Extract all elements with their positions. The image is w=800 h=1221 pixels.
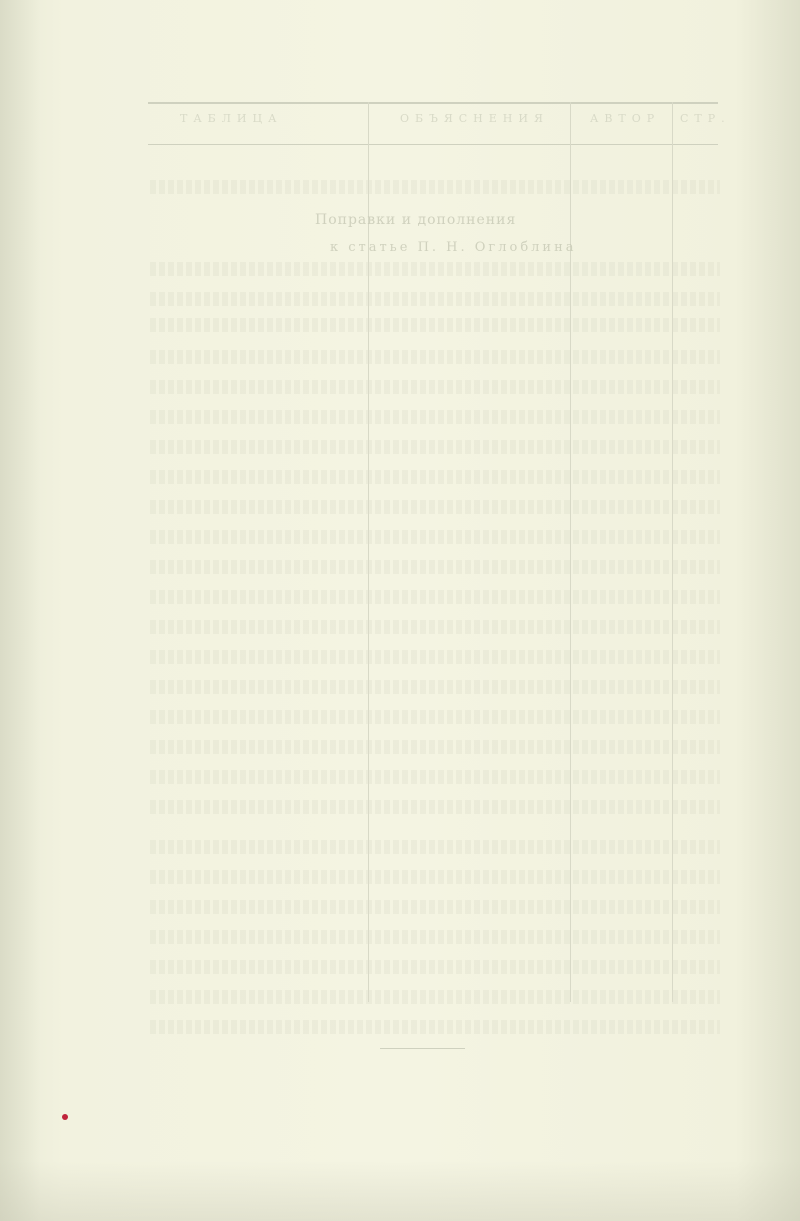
top-rule: [148, 102, 718, 104]
bleed-subheading: к статье П. Н. Оглоблина: [330, 240, 577, 255]
page-bottom-shadow: [0, 1161, 800, 1221]
bleed-line: [150, 318, 720, 332]
column-divider: [570, 102, 571, 1002]
bleed-line: [150, 1020, 720, 1034]
bleed-line: [150, 710, 720, 724]
bleed-header-col-3: АВТОР: [590, 112, 660, 125]
column-divider: [672, 102, 673, 1002]
bleed-header-col-1: ТАБЛИЦА: [180, 112, 282, 125]
bleed-line: [150, 620, 720, 634]
bleed-line: [150, 410, 720, 424]
bleed-line: [150, 800, 720, 814]
column-divider: [368, 102, 369, 1002]
bleed-line: [150, 870, 720, 884]
bleed-heading: Поправки и дополнения: [315, 212, 516, 228]
bleed-line: [150, 900, 720, 914]
bleed-line: [150, 530, 720, 544]
bleed-line: [150, 590, 720, 604]
bleed-line: [150, 292, 720, 306]
bleed-line: [150, 380, 720, 394]
bleed-line: [150, 262, 720, 276]
bleed-header-col-2: ОБЪЯСНЕНИЯ: [400, 112, 549, 125]
bleed-line: [150, 180, 720, 194]
bleed-line: [150, 470, 720, 484]
bleed-line: [150, 990, 720, 1004]
bleed-line: [150, 770, 720, 784]
bleed-line: [150, 840, 720, 854]
bleed-line: [150, 560, 720, 574]
bleed-line: [150, 500, 720, 514]
bleed-header-col-4: СТР.: [680, 112, 731, 125]
scanned-page: ТАБЛИЦА ОБЪЯСНЕНИЯ АВТОР СТР. Поправки и…: [0, 0, 800, 1221]
bleed-line: [150, 440, 720, 454]
bleed-line: [150, 350, 720, 364]
bleed-line: [150, 960, 720, 974]
red-ink-spot: [62, 1114, 68, 1120]
bleed-line: [150, 740, 720, 754]
bleed-line: [150, 930, 720, 944]
end-rule: [380, 1048, 465, 1049]
header-rule: [148, 144, 718, 145]
bleed-line: [150, 650, 720, 664]
page-edge-shadow: [0, 0, 40, 1221]
bleed-line: [150, 680, 720, 694]
